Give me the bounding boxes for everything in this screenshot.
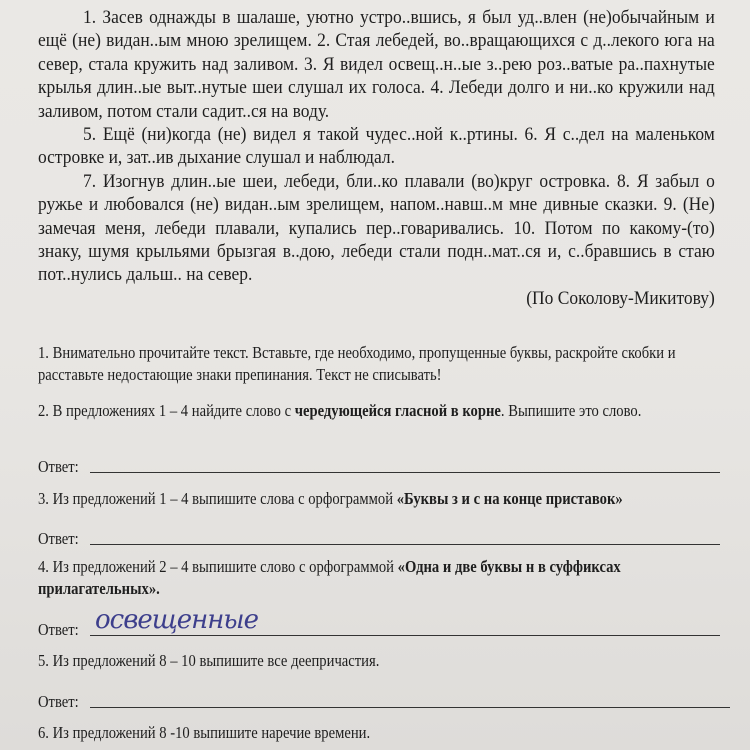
passage: 1. Засев однажды в шалаше, уютно устро..…	[38, 6, 715, 310]
task-6: 6. Из предложений 8 -10 выпишите наречие…	[38, 722, 717, 744]
task-2: 2. В предложениях 1 – 4 найдите слово с …	[38, 400, 717, 422]
task-number: 4.	[38, 557, 49, 576]
worksheet-page: 1. Засев однажды в шалаше, уютно устро..…	[0, 0, 750, 750]
task-text: Из предложений 1 – 4 выпишите слова с ор…	[53, 489, 397, 508]
task-text: Внимательно прочитайте текст. Вставьте, …	[38, 343, 676, 384]
answer-line[interactable]	[90, 635, 720, 636]
answer-label: Ответ:	[38, 692, 79, 712]
handwritten-answer: освещенные	[95, 605, 258, 635]
task-emphasis: «Буквы з и с на конце приставок»	[397, 489, 623, 508]
task-emphasis: чередующейся гласной в корне	[295, 401, 501, 420]
task-text: Из предложений 8 -10 выпишите наречие вр…	[53, 723, 371, 742]
task-text: В предложениях 1 – 4 найдите слово с	[53, 401, 295, 420]
task-text: . Выпишите это слово.	[501, 401, 641, 420]
task-text: Из предложений 8 – 10 выпишите все деепр…	[53, 651, 380, 670]
answer-label: Ответ:	[38, 529, 79, 549]
paragraph-3: 7. Изогнув длин..ые шеи, лебеди, бли..ко…	[38, 170, 715, 287]
attribution: (По Соколову-Микитову)	[38, 287, 715, 310]
answer-5[interactable]: Ответ:	[38, 690, 728, 712]
task-number: 1.	[38, 343, 49, 362]
answer-label: Ответ:	[38, 457, 79, 477]
paragraph-1: 1. Засев однажды в шалаше, уютно устро..…	[38, 6, 715, 123]
answer-line[interactable]	[90, 472, 720, 473]
task-number: 2.	[38, 401, 49, 420]
answer-2[interactable]: Ответ:	[38, 455, 718, 477]
task-number: 6.	[38, 723, 49, 742]
task-4: 4. Из предложений 2 – 4 выпишите слово с…	[38, 556, 717, 600]
task-3: 3. Из предложений 1 – 4 выпишите слова с…	[38, 488, 717, 510]
paragraph-2: 5. Ещё (ни)когда (не) видел я такой чуде…	[38, 123, 715, 170]
task-5: 5. Из предложений 8 – 10 выпишите все де…	[38, 650, 717, 672]
task-text: Из предложений 2 – 4 выпишите слово с ор…	[53, 557, 398, 576]
task-number: 3.	[38, 489, 49, 508]
task-number: 5.	[38, 651, 49, 670]
answer-label: Ответ:	[38, 620, 79, 640]
task-1: 1. Внимательно прочитайте текст. Вставьт…	[38, 342, 717, 386]
answer-3[interactable]: Ответ:	[38, 527, 718, 549]
answer-line[interactable]	[90, 544, 720, 545]
answer-line[interactable]	[90, 707, 730, 708]
